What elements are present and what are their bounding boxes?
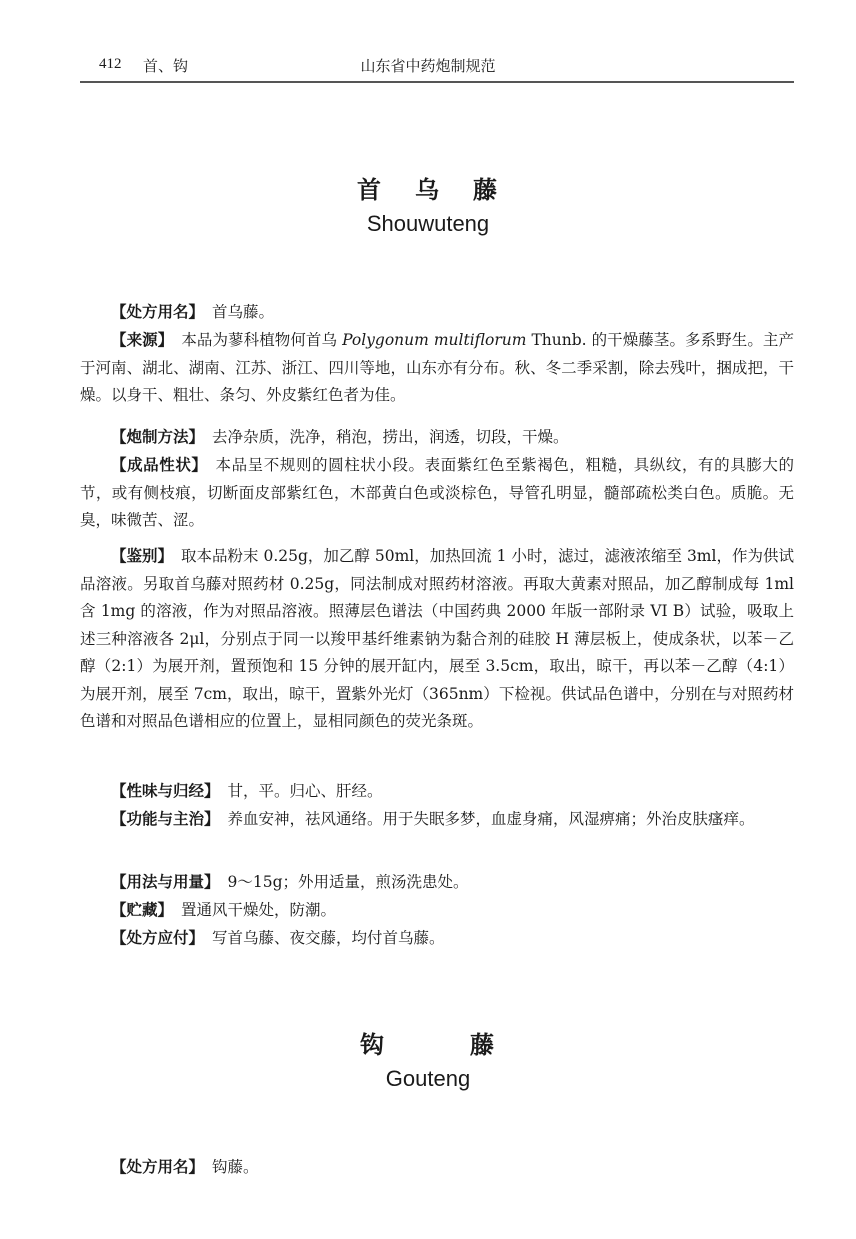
title-char: 藤 <box>473 170 499 205</box>
field-nature-meridian: 【性味与归经】甘，平。归心、肝经。 <box>80 778 794 806</box>
field-product-characteristics: 【成品性状】本品呈不规则的圆柱状小段。表面紫红色至紫褐色，粗糙，具纵纹，有的具膨… <box>80 452 794 535</box>
field-functions-indications: 【功能与主治】养血安神，祛风通络。用于失眠多梦，血虚身痛，风湿痹痛；外治皮肤瘙痒… <box>80 806 794 834</box>
page-header: 412 首、钩 山东省中药炮制规范 <box>0 0 856 85</box>
field-text: 写首乌藤、夜交藤，均付首乌藤。 <box>212 929 445 947</box>
title-char: 藤 <box>470 1025 496 1060</box>
field-prescription-name: 【处方用名】钩藤。 <box>80 1154 794 1182</box>
entry-chinese-title: 钩藤 <box>0 1025 856 1060</box>
field-label: 【用法与用量】 <box>111 873 220 891</box>
field-text: 甘，平。归心、肝经。 <box>228 782 383 800</box>
title-char: 乌 <box>415 170 441 205</box>
field-text: 取本品粉末 0.25g，加乙醇 50ml，加热回流 1 小时，滤过，滤液浓缩至 … <box>80 547 794 730</box>
entry-chinese-title: 首乌藤 <box>0 170 856 205</box>
field-identification: 【鉴别】取本品粉末 0.25g，加乙醇 50ml，加热回流 1 小时，滤过，滤液… <box>80 543 794 736</box>
field-label: 【贮藏】 <box>111 901 173 919</box>
title-char: 钩 <box>360 1025 386 1060</box>
entry-pinyin-title: Shouwuteng <box>0 211 856 237</box>
header-divider <box>80 81 794 83</box>
latin-name: Polygonum multiflorum <box>342 331 526 349</box>
field-label: 【来源】 <box>111 331 173 349</box>
field-label: 【功能与主治】 <box>111 810 220 828</box>
field-source: 【来源】本品为蓼科植物何首乌 Polygonum multiflorum Thu… <box>80 327 794 410</box>
running-title: 山东省中药炮制规范 <box>0 55 856 76</box>
field-label: 【炮制方法】 <box>111 428 204 446</box>
entry-title-shouwuteng: 首乌藤 Shouwuteng <box>0 170 856 237</box>
field-label: 【处方用名】 <box>111 303 204 321</box>
entry-pinyin-title: Gouteng <box>0 1066 856 1092</box>
field-storage: 【贮藏】置通风干燥处，防潮。 <box>80 897 794 925</box>
field-text: 去净杂质，洗净，稍泡，捞出，润透，切段，干燥。 <box>212 428 569 446</box>
field-usage-dosage: 【用法与用量】9～15g；外用适量，煎汤洗患处。 <box>80 869 794 897</box>
field-label: 【鉴别】 <box>111 547 173 565</box>
field-label: 【性味与归经】 <box>111 782 220 800</box>
field-text-before: 本品为蓼科植物何首乌 <box>181 331 342 349</box>
field-text: 置通风干燥处，防潮。 <box>181 901 336 919</box>
field-text: 养血安神，祛风通络。用于失眠多梦，血虚身痛，风湿痹痛；外治皮肤瘙痒。 <box>228 810 755 828</box>
field-prescription-name: 【处方用名】首乌藤。 <box>80 299 794 327</box>
field-label: 【成品性状】 <box>111 456 208 474</box>
title-char: 首 <box>357 170 383 205</box>
entry-title-gouteng: 钩藤 Gouteng <box>0 1025 856 1092</box>
field-text: 钩藤。 <box>212 1158 259 1176</box>
field-label: 【处方应付】 <box>111 929 204 947</box>
field-text: 9～15g；外用适量，煎汤洗患处。 <box>228 873 469 891</box>
field-prescription-dispensing: 【处方应付】写首乌藤、夜交藤，均付首乌藤。 <box>80 925 794 953</box>
field-label: 【处方用名】 <box>111 1158 204 1176</box>
field-text: 首乌藤。 <box>212 303 274 321</box>
field-processing-method: 【炮制方法】去净杂质，洗净，稍泡，捞出，润透，切段，干燥。 <box>80 424 794 452</box>
